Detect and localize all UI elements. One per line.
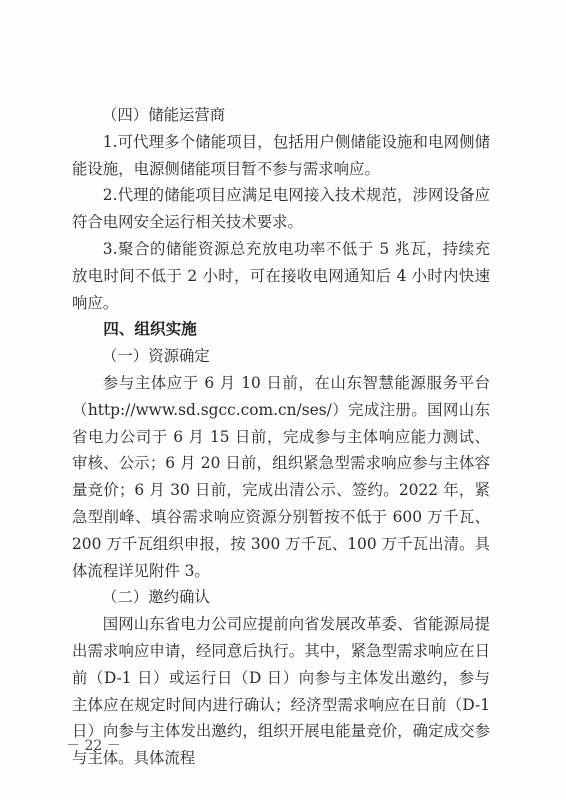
subheading-resource-determination: （一）资源确定: [72, 343, 490, 370]
heading-organization-implementation: 四、组织实施: [72, 316, 490, 343]
subheading-energy-storage-operator: （四）储能运营商: [72, 102, 490, 129]
paragraph-resource-determination: 参与主体应于 6 月 10 日前，在山东智慧能源服务平台（http://www.…: [72, 370, 490, 584]
paragraph-item-3: 3.聚合的储能资源总充放电功率不低于 5 兆瓦，持续充放电时间不低于 2 小时，…: [72, 236, 490, 316]
page-number: － 22 －: [66, 735, 121, 755]
paragraph-invitation-confirmation: 国网山东省电力公司应提前向省发展改革委、省能源局提出需求响应申请，经同意后执行。…: [72, 611, 490, 772]
document-body: （四）储能运营商 1.可代理多个储能项目，包括用户侧储能设施和电网侧储能设施，电…: [72, 102, 490, 772]
paragraph-item-1: 1.可代理多个储能项目，包括用户侧储能设施和电网侧储能设施，电源侧储能项目暂不参…: [72, 129, 490, 183]
subheading-invitation-confirmation: （二）邀约确认: [72, 584, 490, 611]
paragraph-item-2: 2.代理的储能项目应满足电网接入技术规范，涉网设备应符合电网安全运行相关技术要求…: [72, 182, 490, 236]
document-page: （四）储能运营商 1.可代理多个储能项目，包括用户侧储能设施和电网侧储能设施，电…: [0, 0, 566, 800]
